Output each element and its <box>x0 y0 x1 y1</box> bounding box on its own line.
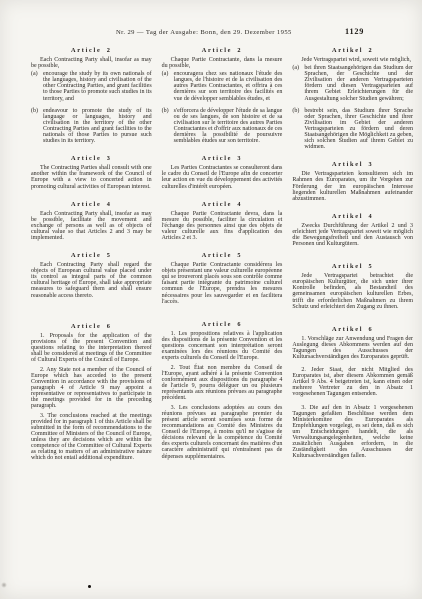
article-section: Article 2 Each Contracting Party shall, … <box>31 47 152 144</box>
list-item: (a) encourage the study by its own natio… <box>31 71 152 101</box>
article-heading: Artikel 3 <box>292 161 413 168</box>
article-heading: Article 2 <box>162 47 283 54</box>
list-item: (b) endeavour to promote the study of it… <box>31 108 152 145</box>
ink-smudge <box>1 582 7 588</box>
page-header: Nr. 29 — Tag der Ausgabe: Bonn, den 29. … <box>0 27 422 39</box>
article-heading: Artikel 6 <box>292 326 413 333</box>
article-heading: Article 3 <box>31 155 152 162</box>
list-item: (b) bestrebt sein, das Studium ihrer Spr… <box>292 108 413 151</box>
paragraph: Zwecks Durchführung der Artikel 2 und 3 … <box>292 223 413 247</box>
column-german: Artikel 2 Jede Vertragspartei wird, sowe… <box>292 47 413 462</box>
paragraph: Each Contracting Party shall regard the … <box>31 262 152 299</box>
article-heading: Article 3 <box>162 155 283 162</box>
article-heading: Artikel 2 <box>292 47 413 54</box>
text-columns: Article 2 Each Contracting Party shall, … <box>31 47 413 462</box>
article-section: Article 3 Les Parties Contractantes se c… <box>162 155 283 189</box>
document-page: Nr. 29 — Tag der Ausgabe: Bonn, den 29. … <box>0 0 422 599</box>
article-section: Artikel 5 Jede Vertragspartei betrachtet… <box>292 263 413 310</box>
paragraph: Each Contracting Party shall, insofar as… <box>31 211 152 241</box>
article-section: Article 3 The Contracting Parties shall … <box>31 155 152 189</box>
paragraph: Chaque Partie Contractante, dans la mesu… <box>162 57 283 69</box>
paragraph: Each Contracting Party shall, insofar as… <box>31 57 152 69</box>
article-heading: Article 6 <box>31 323 152 330</box>
paragraph: 2. Tout État non membre du Conseil de l'… <box>162 365 283 402</box>
paragraph: Die Vertragsparteien konsultieren sich i… <box>292 171 413 201</box>
article-section: Article 5 Each Contracting Party shall r… <box>31 252 152 299</box>
article-section: Article 4 Each Contracting Party shall, … <box>31 201 152 241</box>
paragraph: Chaque Partie Contractante considérera l… <box>162 262 283 305</box>
item-text: s'efforcera de développer l'étude de sa … <box>174 108 283 144</box>
list-item: (a) encouragera chez ses nationaux l'étu… <box>162 71 283 101</box>
article-section: Artikel 6 1. Vorschläge zur Anwendung un… <box>292 326 413 460</box>
paragraph: The Contracting Parties shall consult wi… <box>31 165 152 189</box>
article-section: Artikel 3 Die Vertragsparteien konsultie… <box>292 161 413 201</box>
paragraph: 3. Les conclusions adoptées au cours des… <box>162 405 283 460</box>
item-label: (b) <box>31 108 38 114</box>
item-text: bestrebt sein, das Studium ihrer Sprache… <box>304 108 413 151</box>
article-heading: Artikel 5 <box>292 263 413 270</box>
paragraph: 1. Les propositions relatives à l'applic… <box>162 331 283 361</box>
item-text: endeavour to promote the study of its la… <box>43 108 152 144</box>
issue-line: Nr. 29 — Tag der Ausgabe: Bonn, den 29. … <box>116 29 292 36</box>
item-text: bei ihren Staatsangehörigen das Studium … <box>304 65 413 101</box>
paragraph: 3. The conclusions reached at the meetin… <box>31 413 152 462</box>
list-item: (a) bei ihren Staatsangehörigen das Stud… <box>292 65 413 102</box>
item-label: (a) <box>162 71 169 77</box>
article-heading: Article 4 <box>162 201 283 208</box>
item-text: encouragera chez ses nationaux l'étude d… <box>174 71 283 101</box>
article-section: Article 5 Chaque Partie Contractante con… <box>162 252 283 305</box>
column-english: Article 2 Each Contracting Party shall, … <box>31 47 152 462</box>
article-section: Article 6 1. Les propositions relatives … <box>162 321 283 460</box>
paragraph: Jede Vertragspartei betrachtet die europ… <box>292 273 413 310</box>
article-section: Article 2 Chaque Partie Contractante, da… <box>162 47 283 144</box>
item-text: encourage the study by its own nationals… <box>43 71 152 101</box>
paragraph: 2. Any State not a member of the Council… <box>31 367 152 410</box>
paragraph: Chaque Partie Contractante devra, dans l… <box>162 211 283 241</box>
paragraph: Jede Vertragspartei wird, soweit wie mög… <box>292 57 413 63</box>
item-label: (a) <box>292 65 299 71</box>
article-heading: Article 6 <box>162 321 283 328</box>
paragraph: Les Parties Contractantes se consulteron… <box>162 165 283 189</box>
article-heading: Article 5 <box>162 252 283 259</box>
list-item: (b) s'efforcera de développer l'étude de… <box>162 108 283 145</box>
item-label: (a) <box>31 71 38 77</box>
article-section: Artikel 2 Jede Vertragspartei wird, sowe… <box>292 47 413 150</box>
article-section: Article 4 Chaque Partie Contractante dev… <box>162 201 283 241</box>
ink-speck <box>88 585 91 588</box>
item-label: (b) <box>162 108 169 114</box>
paragraph: 1. Vorschläge zur Anwendung und Fragen d… <box>292 336 413 360</box>
item-label: (b) <box>292 108 299 114</box>
paragraph: 3. Die auf den in Absatz 1 vorgesehenen … <box>292 405 413 460</box>
paragraph: 2. Jeder Staat, der nicht Mitglied des E… <box>292 367 413 397</box>
article-section: Article 6 1. Proposals for the applicati… <box>31 323 152 462</box>
column-french: Article 2 Chaque Partie Contractante, da… <box>162 47 283 462</box>
article-heading: Artikel 4 <box>292 213 413 220</box>
article-heading: Article 5 <box>31 252 152 259</box>
page-number: 1129 <box>345 27 364 36</box>
article-heading: Article 4 <box>31 201 152 208</box>
article-section: Artikel 4 Zwecks Durchführung der Artike… <box>292 213 413 247</box>
paragraph: 1. Proposals for the application of the … <box>31 333 152 363</box>
article-heading: Article 2 <box>31 47 152 54</box>
